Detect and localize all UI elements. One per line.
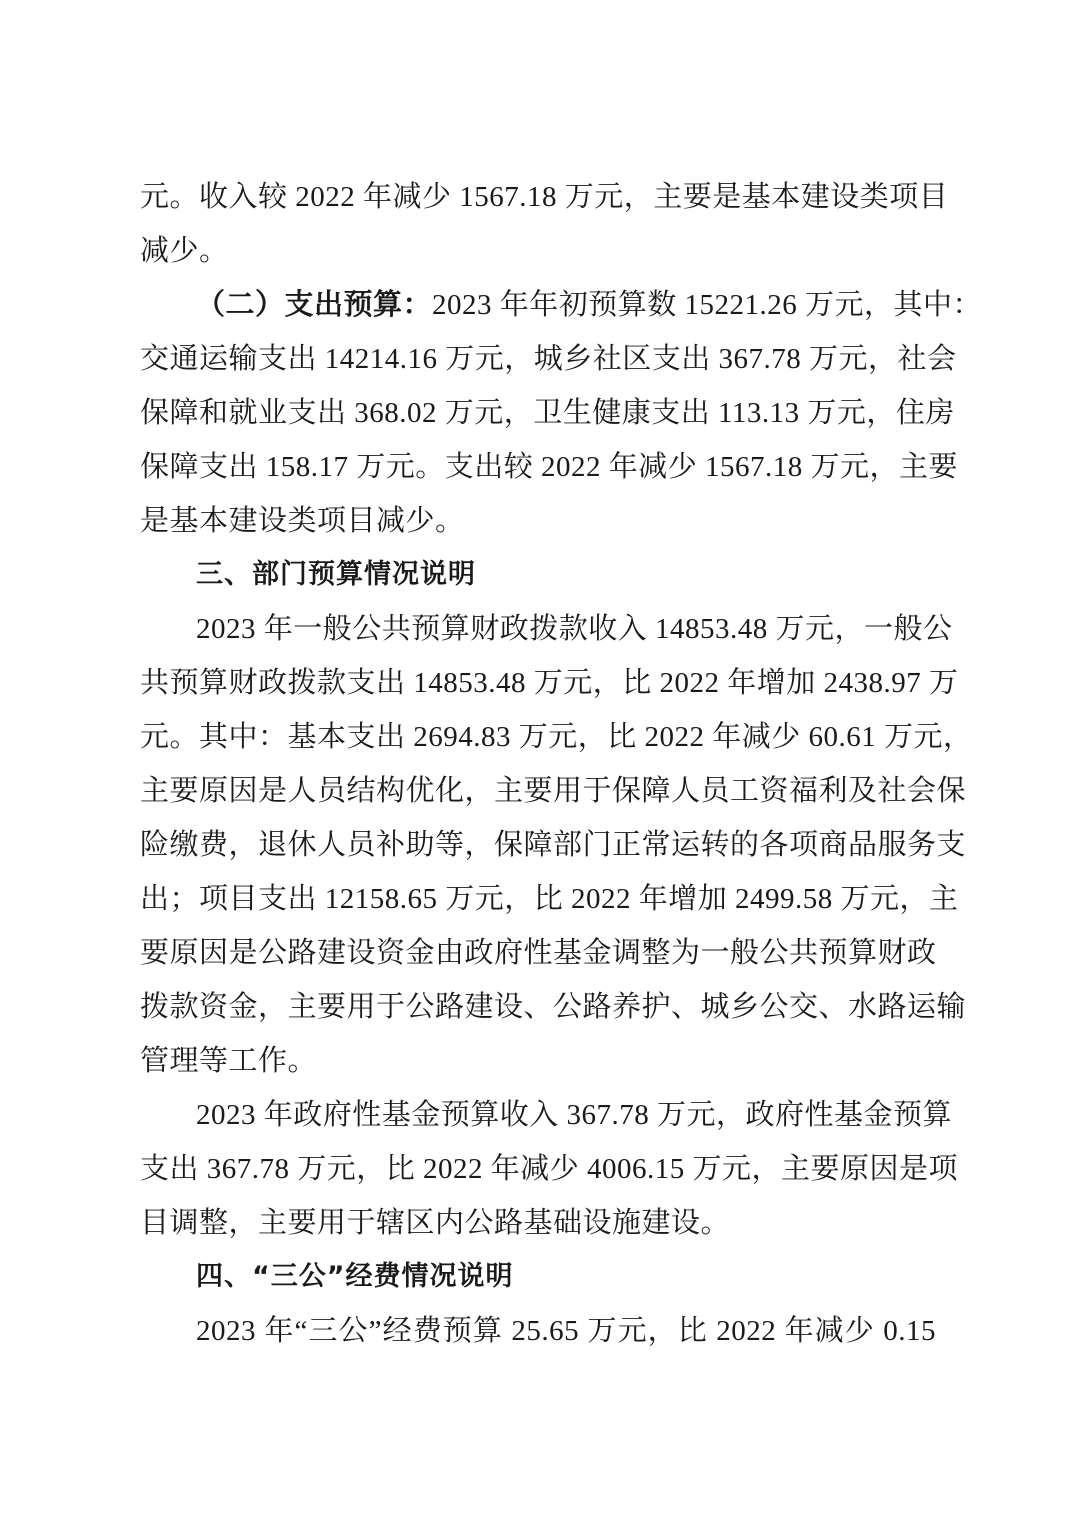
paragraph-line: 减少。 <box>140 224 229 278</box>
paragraph-line: 元。其中：基本支出 2694.83 万元，比 2022 年减少 60.61 万元… <box>140 710 936 764</box>
expenditure-budget-paragraph: （二）支出预算：2023 年年初预算数 15221.26 万元，其中： <box>196 278 936 332</box>
paragraph-line: 险缴费，退休人员补助等，保障部门正常运转的各项商品服务支 <box>140 818 936 872</box>
paragraph-line: 主要原因是人员结构优化，主要用于保障人员工资福利及社会保 <box>140 764 936 818</box>
paragraph-line: 2023 年“三公”经费预算 25.65 万元，比 2022 年减少 0.15 <box>196 1304 936 1358</box>
paragraph-line: 管理等工作。 <box>140 1034 317 1088</box>
paragraph-line: 2023 年一般公共预算财政拨款收入 14853.48 万元，一般公 <box>196 602 936 656</box>
paragraph-line: 是基本建设类项目减少。 <box>140 494 465 548</box>
paragraph-line: 出；项目支出 12158.65 万元，比 2022 年增加 2499.58 万元… <box>140 872 936 926</box>
paragraph-line: 支出 367.78 万元，比 2022 年减少 4006.15 万元，主要原因是… <box>140 1142 936 1196</box>
paragraph-line: 目调整，主要用于辖区内公路基础设施建设。 <box>140 1196 730 1250</box>
paragraph-line: 元。收入较 2022 年减少 1567.18 万元，主要是基本建设类项目 <box>140 170 936 224</box>
paragraph-line: 共预算财政拨款支出 14853.48 万元，比 2022 年增加 2438.97… <box>140 656 936 710</box>
paragraph-line: 2023 年政府性基金预算收入 367.78 万元，政府性基金预算 <box>196 1088 936 1142</box>
paragraph-line: 要原因是公路建设资金由政府性基金调整为一般公共预算财政 <box>140 926 936 980</box>
section-heading-dept-budget: 三、部门预算情况说明 <box>196 548 476 602</box>
paragraph-text: 2023 年年初预算数 15221.26 万元，其中： <box>432 289 982 321</box>
paragraph-line: 交通运输支出 14214.16 万元，城乡社区支出 367.78 万元，社会 <box>140 332 936 386</box>
subsection-label: （二）支出预算： <box>196 289 432 321</box>
section-heading-three-public-expenses: 四、“三公”经费情况说明 <box>196 1250 514 1304</box>
paragraph-line: 保障和就业支出 368.02 万元，卫生健康支出 113.13 万元，住房 <box>140 386 936 440</box>
paragraph-line: 保障支出 158.17 万元。支出较 2022 年减少 1567.18 万元，主… <box>140 440 936 494</box>
paragraph-line: 拨款资金，主要用于公路建设、公路养护、城乡公交、水路运输 <box>140 980 936 1034</box>
